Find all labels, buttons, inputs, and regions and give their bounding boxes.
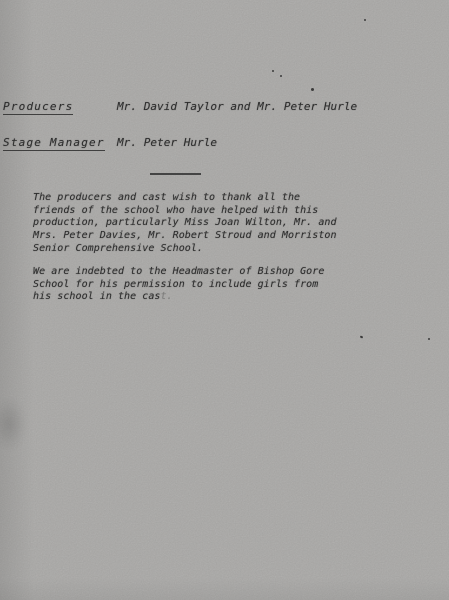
paper-smudge — [0, 398, 26, 450]
ink-speck — [428, 338, 430, 340]
paragraph-line-text: his school in the cas — [33, 291, 160, 302]
ink-speck — [280, 75, 282, 77]
paragraph-line: Mrs. Peter Davies, Mr. Robert Stroud and… — [33, 230, 337, 243]
paragraph-line: friends of the school who have helped wi… — [33, 205, 337, 218]
page-edge-shading-left — [0, 0, 34, 600]
acknowledgement-paragraph-1: The producers and cast wish to thank all… — [33, 192, 337, 256]
acknowledgement-paragraph-2: We are indebted to the Headmaster of Bis… — [33, 266, 324, 304]
ink-speck — [311, 88, 314, 91]
ink-speck — [272, 70, 274, 72]
paragraph-line: We are indebted to the Headmaster of Bis… — [33, 266, 324, 279]
paragraph-line: Senior Comprehensive School. — [33, 243, 337, 256]
faded-typewriter-tail: t. — [160, 291, 172, 302]
scanned-page: Producers Mr. David Taylor and Mr. Peter… — [0, 0, 449, 600]
credit-names-stage-manager: Mr. Peter Hurle — [117, 136, 217, 149]
ink-speck — [364, 19, 366, 21]
paragraph-line: School for his permission to include gir… — [33, 279, 324, 292]
credit-role-stage-manager: Stage Manager — [3, 136, 105, 151]
paragraph-line: The producers and cast wish to thank all… — [33, 192, 337, 205]
credit-role-producers: Producers — [3, 100, 73, 115]
paragraph-line: production, particularly Miss Joan Wilto… — [33, 217, 337, 230]
paragraph-line: his school in the cast. — [33, 291, 324, 304]
ink-speck — [360, 335, 364, 338]
page-edge-shading-bottom — [0, 578, 449, 600]
credit-names-producers: Mr. David Taylor and Mr. Peter Hurle — [117, 100, 357, 113]
section-divider-rule — [150, 173, 201, 175]
